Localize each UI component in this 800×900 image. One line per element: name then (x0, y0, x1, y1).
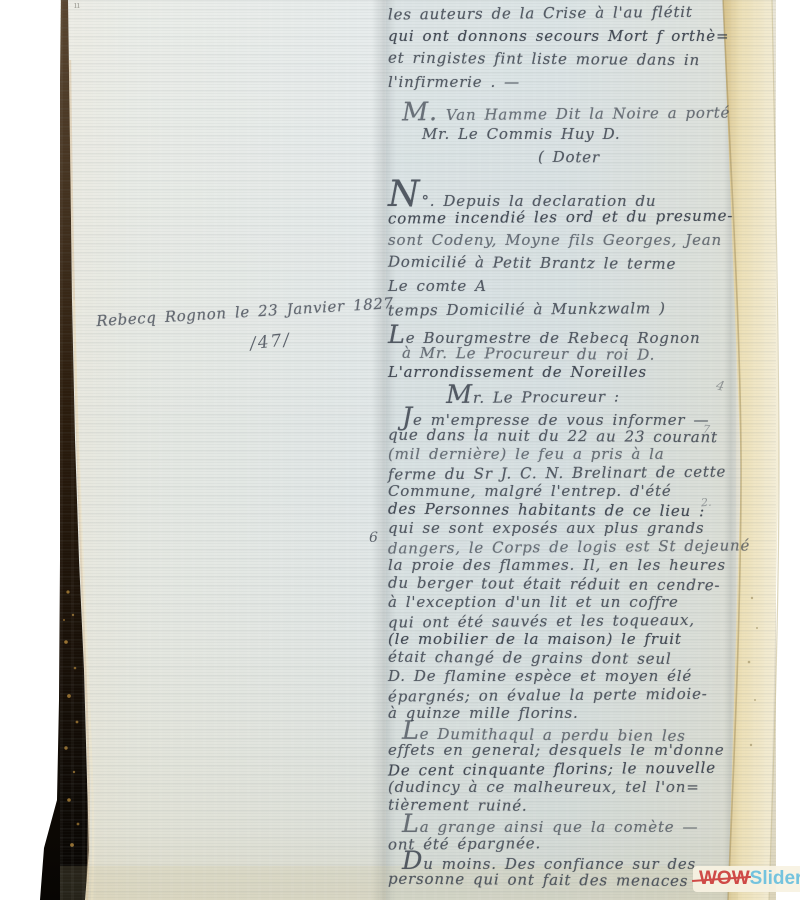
manuscript-scan: les auteurs de la Crise à l'au flétitqui… (0, 0, 800, 900)
margin-mark: 6 (369, 530, 378, 546)
handwriting-line: que dans la nuit du 22 au 23 courant (388, 425, 738, 446)
handwriting-line: était changé de grains dont seul (388, 647, 738, 668)
watermark-wow: WOW (699, 868, 750, 890)
handwriting-line: épargnés; on évalue la perte midoie- (388, 684, 738, 706)
handwriting-line: ont été épargnée. (388, 832, 738, 854)
watermark-slider: Slider (750, 868, 800, 890)
handwriting-line: sont Codeny, Moyne fils Georges, Jean (388, 229, 738, 252)
handwriting-line: D. De flamine espèce et moyen élé (388, 667, 738, 686)
handwriting-line: ( Doter (388, 145, 738, 171)
handwriting-line: (le mobilier de la maison) le fruit (388, 630, 738, 649)
document-number: /47/ (249, 330, 292, 354)
handwriting-line: La grange ainsi que la comète — (388, 815, 738, 834)
handwriting-line: temps Domicilié à Munkzwalm ) (388, 296, 738, 322)
handwriting-line: à Mr. Le Procureur du roi D. (388, 343, 738, 364)
handwriting-line: M. Van Hamme Dit la Noire a porté (388, 98, 738, 124)
handwriting-line: dangers, le Corps de logis est St dejeun… (388, 536, 738, 558)
handwriting-line: les auteurs de la Crise à l'au flétit (388, 0, 738, 26)
handwriting-line: Le Dumithaqul a perdu bien les (388, 721, 738, 742)
handwriting-line: à l'exception d'un lit et un coffre (388, 593, 738, 612)
handwriting-line: effets en general; desquels le m'donne (388, 741, 738, 760)
handwriting-line: qui se sont exposés aux plus grands (388, 519, 738, 538)
corner-mark: ıı (74, 1, 80, 11)
handwriting-line: De cent cinquante florins; le nouvelle (388, 758, 738, 780)
handwriting-line: Domicilié à Petit Brantz le terme (388, 251, 738, 277)
handwriting-line: (dudincy à ce malheureux, tel l'on= (388, 778, 738, 797)
letter-body: les auteurs de la Crise à l'au flétitqui… (388, 2, 738, 889)
handwriting-line: l'infirmerie . — (388, 71, 738, 94)
edge-mark-2: 7. (703, 423, 714, 437)
handwriting-line: Commune, malgré l'entrep. d'été (388, 482, 738, 501)
wowslider-watermark[interactable]: WOWSlider (693, 866, 800, 892)
handwriting-line: (mil dernière) le feu a pris à la (388, 445, 738, 464)
handwriting-line: à quinze mille florins. (388, 704, 738, 723)
handwriting-line: tièrement ruiné. (388, 795, 738, 816)
handwriting-line: N°. Depuis la declaration du (388, 183, 738, 206)
handwriting-line: Mr. Le Commis Huy D. (388, 123, 738, 146)
edge-mark-3: 2. (701, 496, 712, 510)
handwriting-line: qui ont été sauvés et les toqueaux, (388, 610, 738, 632)
handwriting-line: Le comte A (388, 275, 738, 298)
handwriting-line: du berger tout était réduit en cendre- (388, 573, 738, 594)
handwriting-line: la proie des flammes. Il, en les heures (388, 556, 738, 575)
handwriting-line: L'arrondissement de Noreilles (388, 363, 738, 382)
handwriting-line: Je m'empresse de vous informer — (388, 408, 738, 427)
handwriting-line: comme incendié les ord et du presume- (388, 204, 738, 230)
handwriting-line: Mr. Le Procureur : (388, 383, 738, 405)
handwriting-line: des Personnes habitants de ce lieu : (388, 499, 738, 520)
handwriting-line: et ringistes fint liste morue dans in (388, 47, 738, 73)
handwriting-line: Le Bourgmestre de Rebecq Rognon (388, 326, 738, 345)
handwriting-line: Du moins. Des confiance sur des (388, 852, 738, 871)
handwriting-line: qui ont donnons secours Mort f orthè= (388, 25, 738, 48)
handwriting-line: personne qui ont fait des menaces (388, 869, 738, 890)
handwriting-line: ferme du Sr J. C. N. Brelinart de cette (388, 462, 738, 484)
